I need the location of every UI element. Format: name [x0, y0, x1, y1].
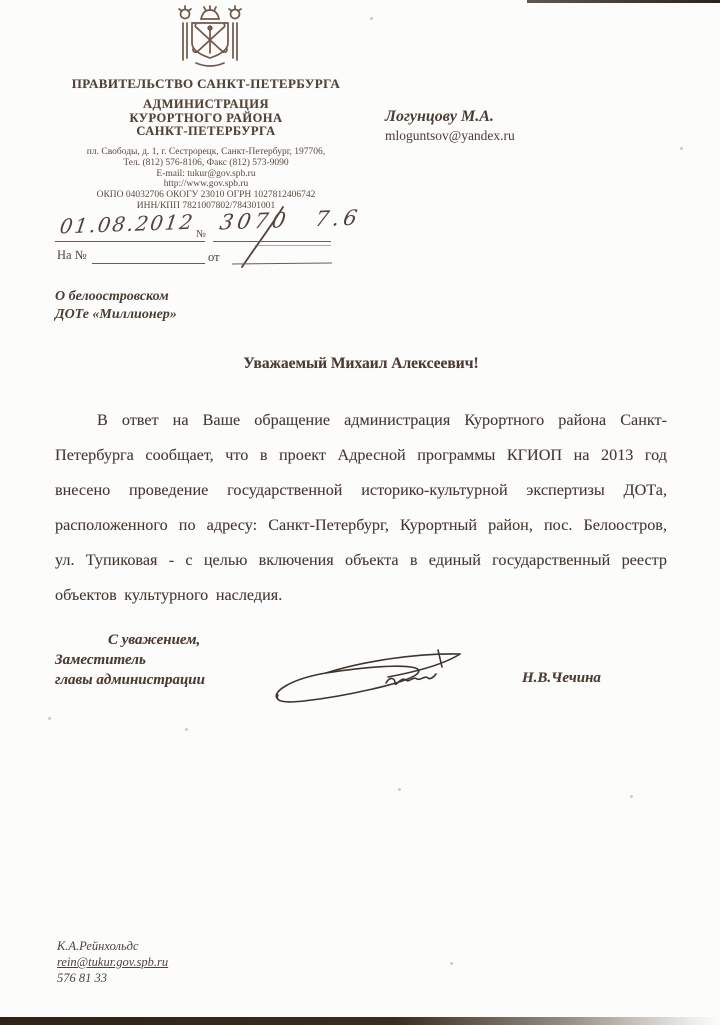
org-email: E-mail: tukur@gov.spb.ru: [28, 169, 384, 180]
organization-line: КУРОРТНОГО РАЙОНА: [28, 112, 384, 126]
reply-number-blank-line: [92, 263, 205, 264]
signer-position-line: Заместитель: [55, 652, 146, 669]
registry-codes: ОКПО 04032706 ОКОГУ 23010 ОГРН 102781240…: [28, 190, 384, 201]
executor-block: К.А.Рейнхольдс rein@tukur.gov.spb.ru 576…: [57, 938, 168, 986]
recipient-name: Логунцову М.А.: [385, 108, 494, 126]
handwritten-slash-stroke: [230, 203, 292, 276]
signer-position-line: главы администрации: [55, 672, 205, 689]
subject-line: ДОТе «Миллионер»: [55, 306, 275, 324]
scan-speck: [48, 717, 51, 720]
scan-speck: [370, 17, 373, 20]
reply-to-label: На №: [57, 248, 87, 263]
postal-address: пл. Свободы, д. 1, г. Сестрорецк, Санкт-…: [28, 147, 384, 158]
scan-artifact-bottom-edge: [0, 1017, 720, 1025]
scan-speck: [630, 795, 633, 798]
subject-block: О белоостровском ДОТе «Миллионер»: [55, 288, 275, 324]
coat-of-arms-icon: [166, 3, 254, 75]
signer-name: Н.В.Чечина: [522, 670, 601, 687]
handwritten-signature: [268, 643, 472, 718]
org-website: http://www.gov.spb.ru: [28, 179, 384, 190]
government-title: ПРАВИТЕЛЬСТВО САНКТ-ПЕТЕРБУРГА: [28, 76, 384, 92]
executor-name: К.А.Рейнхольдс: [57, 938, 168, 954]
handwritten-date: 01.08.2012: [58, 210, 196, 239]
contact-block: пл. Свободы, д. 1, г. Сестрорецк, Санкт-…: [28, 147, 384, 212]
scan-speck: [185, 728, 188, 731]
executor-phone: 576 81 33: [57, 970, 168, 986]
executor-email: rein@tukur.gov.spb.ru: [57, 954, 168, 970]
date-blank-line: [55, 241, 205, 242]
from-label: от: [208, 250, 220, 265]
salutation: Уважаемый Михаил Алексеевич!: [55, 355, 667, 373]
scan-speck: [450, 962, 453, 965]
number-sign-label: №: [196, 229, 206, 240]
subject-line: О белоостровском: [55, 288, 275, 306]
recipient-email: mloguntsov@yandex.ru: [385, 128, 515, 144]
closing-phrase: С уважением,: [108, 632, 200, 649]
organization-name: АДМИНИСТРАЦИЯ КУРОРТНОГО РАЙОНА САНКТ-ПЕ…: [28, 98, 384, 139]
scan-speck: [680, 147, 683, 150]
organization-line: АДМИНИСТРАЦИЯ: [28, 98, 384, 112]
letter-body: В ответ на Ваше обращение администрация …: [55, 403, 667, 613]
number-blank-line: [213, 241, 331, 242]
number-slash-gap: [288, 226, 314, 227]
scan-speck: [398, 788, 401, 791]
scan-artifact-top-edge: [527, 0, 720, 3]
organization-line: САНКТ-ПЕТЕРБУРГА: [28, 125, 384, 139]
number-part-right: 7.6: [313, 205, 363, 231]
scanned-letter-page: ПРАВИТЕЛЬСТВО САНКТ-ПЕТЕРБУРГА АДМИНИСТР…: [0, 0, 720, 1025]
phone-fax: Тел. (812) 576-8106, Факс (812) 573-9090: [28, 158, 384, 169]
number-blank-line-echo: [255, 245, 331, 246]
